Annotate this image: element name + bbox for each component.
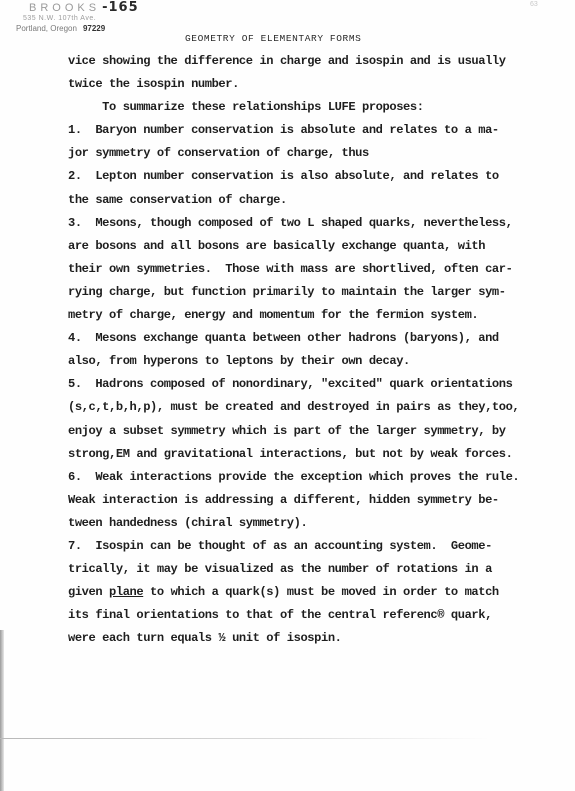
text-line: 5. Hadrons composed of nonordinary, "exc… bbox=[68, 373, 518, 396]
stamp-name-line: BROOKS-165 bbox=[29, 2, 176, 14]
stamp-name: BROOKS bbox=[29, 2, 100, 14]
scan-edge-shadow bbox=[0, 630, 4, 791]
text-line-with-underline: given plane to which a quark(s) must be … bbox=[68, 581, 518, 604]
document-page: BROOKS-165 535 N.W. 107th Ave. Portland,… bbox=[0, 0, 575, 791]
text-line: strong,EM and gravitational interactions… bbox=[68, 443, 518, 466]
text-line: enjoy a subset symmetry which is part of… bbox=[68, 420, 518, 443]
text-line: metry of charge, energy and momentum for… bbox=[68, 304, 518, 327]
text-line: its final orientations to that of the ce… bbox=[68, 604, 518, 627]
document-body: vice showing the difference in charge an… bbox=[68, 50, 518, 650]
text-line: Weak interaction is addressing a differe… bbox=[68, 489, 518, 512]
stamp-city-line: Portland, Oregon97229 bbox=[16, 23, 176, 34]
corner-mark: 63 bbox=[530, 1, 538, 8]
stamp-address: 535 N.W. 107th Ave. bbox=[23, 14, 176, 23]
text-line: also, from hyperons to leptons by their … bbox=[68, 350, 518, 373]
text-line: 1. Baryon number conservation is absolut… bbox=[68, 119, 518, 142]
text-segment: given bbox=[68, 585, 109, 599]
text-line: (s,c,t,b,h,p), must be created and destr… bbox=[68, 396, 518, 419]
text-line: their own symmetries. Those with mass ar… bbox=[68, 258, 518, 281]
text-line: 4. Mesons exchange quanta between other … bbox=[68, 327, 518, 350]
text-line: the same conservation of charge. bbox=[68, 189, 518, 212]
text-line: To summarize these relationships LUFE pr… bbox=[68, 96, 518, 119]
text-line: jor symmetry of conservation of charge, … bbox=[68, 142, 518, 165]
text-line: 3. Mesons, though composed of two L shap… bbox=[68, 212, 518, 235]
text-line: trically, it may be visualized as the nu… bbox=[68, 558, 518, 581]
address-stamp: BROOKS-165 535 N.W. 107th Ave. Portland,… bbox=[6, 2, 176, 34]
text-segment: to which a quark(s) must be moved in ord… bbox=[143, 585, 499, 599]
scan-fold-line bbox=[0, 738, 490, 739]
text-line: vice showing the difference in charge an… bbox=[68, 50, 518, 73]
text-line: are bosons and all bosons are basically … bbox=[68, 235, 518, 258]
text-line: 2. Lepton number conservation is also ab… bbox=[68, 165, 518, 188]
text-line: were each turn equals ½ unit of isospin. bbox=[68, 627, 518, 650]
document-title: GEOMETRY OF ELEMENTARY FORMS bbox=[185, 33, 361, 44]
handwritten-number: -165 bbox=[102, 0, 139, 15]
text-line: twice the isospin number. bbox=[68, 73, 518, 96]
underlined-word: plane bbox=[109, 585, 143, 599]
stamp-zip: 97229 bbox=[83, 24, 105, 33]
text-line: 6. Weak interactions provide the excepti… bbox=[68, 466, 518, 489]
text-line: 7. Isospin can be thought of as an accou… bbox=[68, 535, 518, 558]
text-line: rying charge, but function primarily to … bbox=[68, 281, 518, 304]
text-line: tween handedness (chiral symmetry). bbox=[68, 512, 518, 535]
stamp-city: Portland, Oregon bbox=[16, 24, 77, 33]
